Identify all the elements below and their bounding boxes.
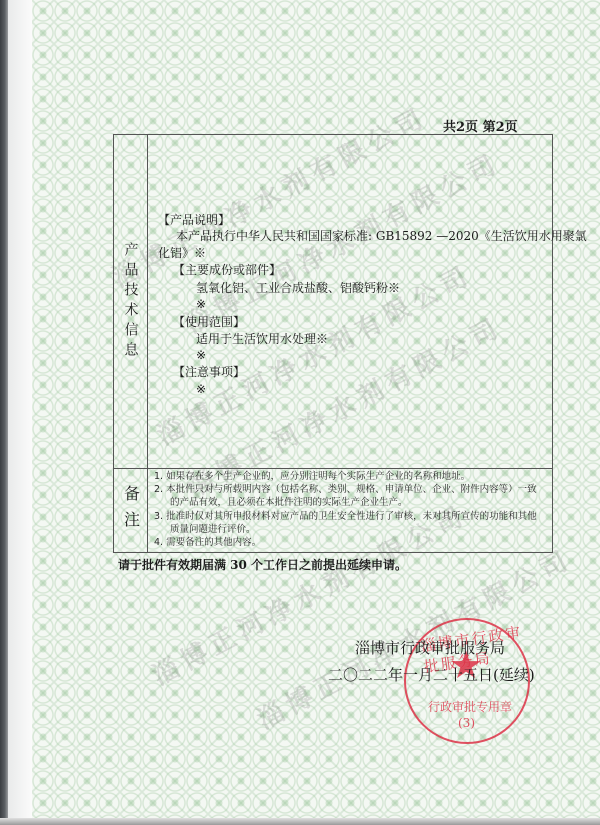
scan-edge [0,0,8,825]
tech-info-label: 产品技术信息 [124,242,138,362]
heading-main-components: 【主要成份或部件】 [173,263,281,277]
heading-usage-scope: 【使用范围】 [173,315,245,329]
notes-label-cell: 备注 [114,469,148,552]
tech-info-content: 【产品说明】 本产品执行中华人民共和国国家标准: GB15892 —2020《生… [148,135,552,468]
components-mark: ※ [196,297,206,311]
heading-precautions: 【注意事项】 [173,365,245,379]
seal-number: (3) [458,716,475,730]
tech-info-section: 产品技术信息 【产品说明】 本产品执行中华人民共和国国家标准: GB15892 … [114,135,552,469]
issuing-authority: 淄博市行政审批服务局 [355,637,505,658]
standard-text: 本产品执行中华人民共和国国家标准: GB15892 —2020《生活饮用水用聚氯 [176,229,587,243]
notes-content: 1. 如果存在多个生产企业的，应分别注明每个实际生产企业的名称和地址。 2. 本… [148,469,552,552]
seal-sub-text: 行政审批专用章 [428,698,512,715]
page-count: 共2页 第2页 [443,116,518,135]
note-1: 1. 如果存在多个生产企业的，应分别注明每个实际生产企业的名称和地址。 [154,470,470,484]
note-2-cont: 的产品有效，且必须在本批件注明的实际生产企业生产。 [170,496,408,510]
standard-text-cont: 化铝》※ [158,246,206,260]
renewal-notice: 请于批件有效期届满 30 个工作日之前提出延续申请。 [118,556,407,573]
note-4: 4. 需要备注的其他内容。 [154,536,261,550]
note-3-cont: 质量问题进行评价。 [170,523,256,537]
components-text: 氢氧化铝、工业合成盐酸、铝酸钙粉※ [196,281,400,295]
notes-section: 备注 1. 如果存在多个生产企业的，应分别注明每个实际生产企业的名称和地址。 2… [114,469,552,552]
note-3: 3. 批准时仅对其所申报材料对应产品的卫生安全性进行了审核，未对其所宣传的功能和… [154,510,537,524]
usage-scope-mark: ※ [196,348,206,362]
tech-info-label-cell: 产品技术信息 [114,135,148,468]
usage-scope-text: 适用于生活饮用水处理※ [196,332,328,346]
heading-product-description: 【产品说明】 [158,213,230,227]
approval-table: 产品技术信息 【产品说明】 本产品执行中华人民共和国国家标准: GB15892 … [113,134,553,553]
notes-label: 备注 [123,485,139,537]
note-2: 2. 本批件只对与所载明内容（包括名称、类别、规格、申请单位、企业、附件内容等）… [154,483,537,497]
scan-margin [8,0,32,825]
issue-date: 二〇二二年一月二十五日(延续) [328,664,535,685]
precautions-mark: ※ [196,382,206,396]
scan-bottom-edge [0,818,600,825]
